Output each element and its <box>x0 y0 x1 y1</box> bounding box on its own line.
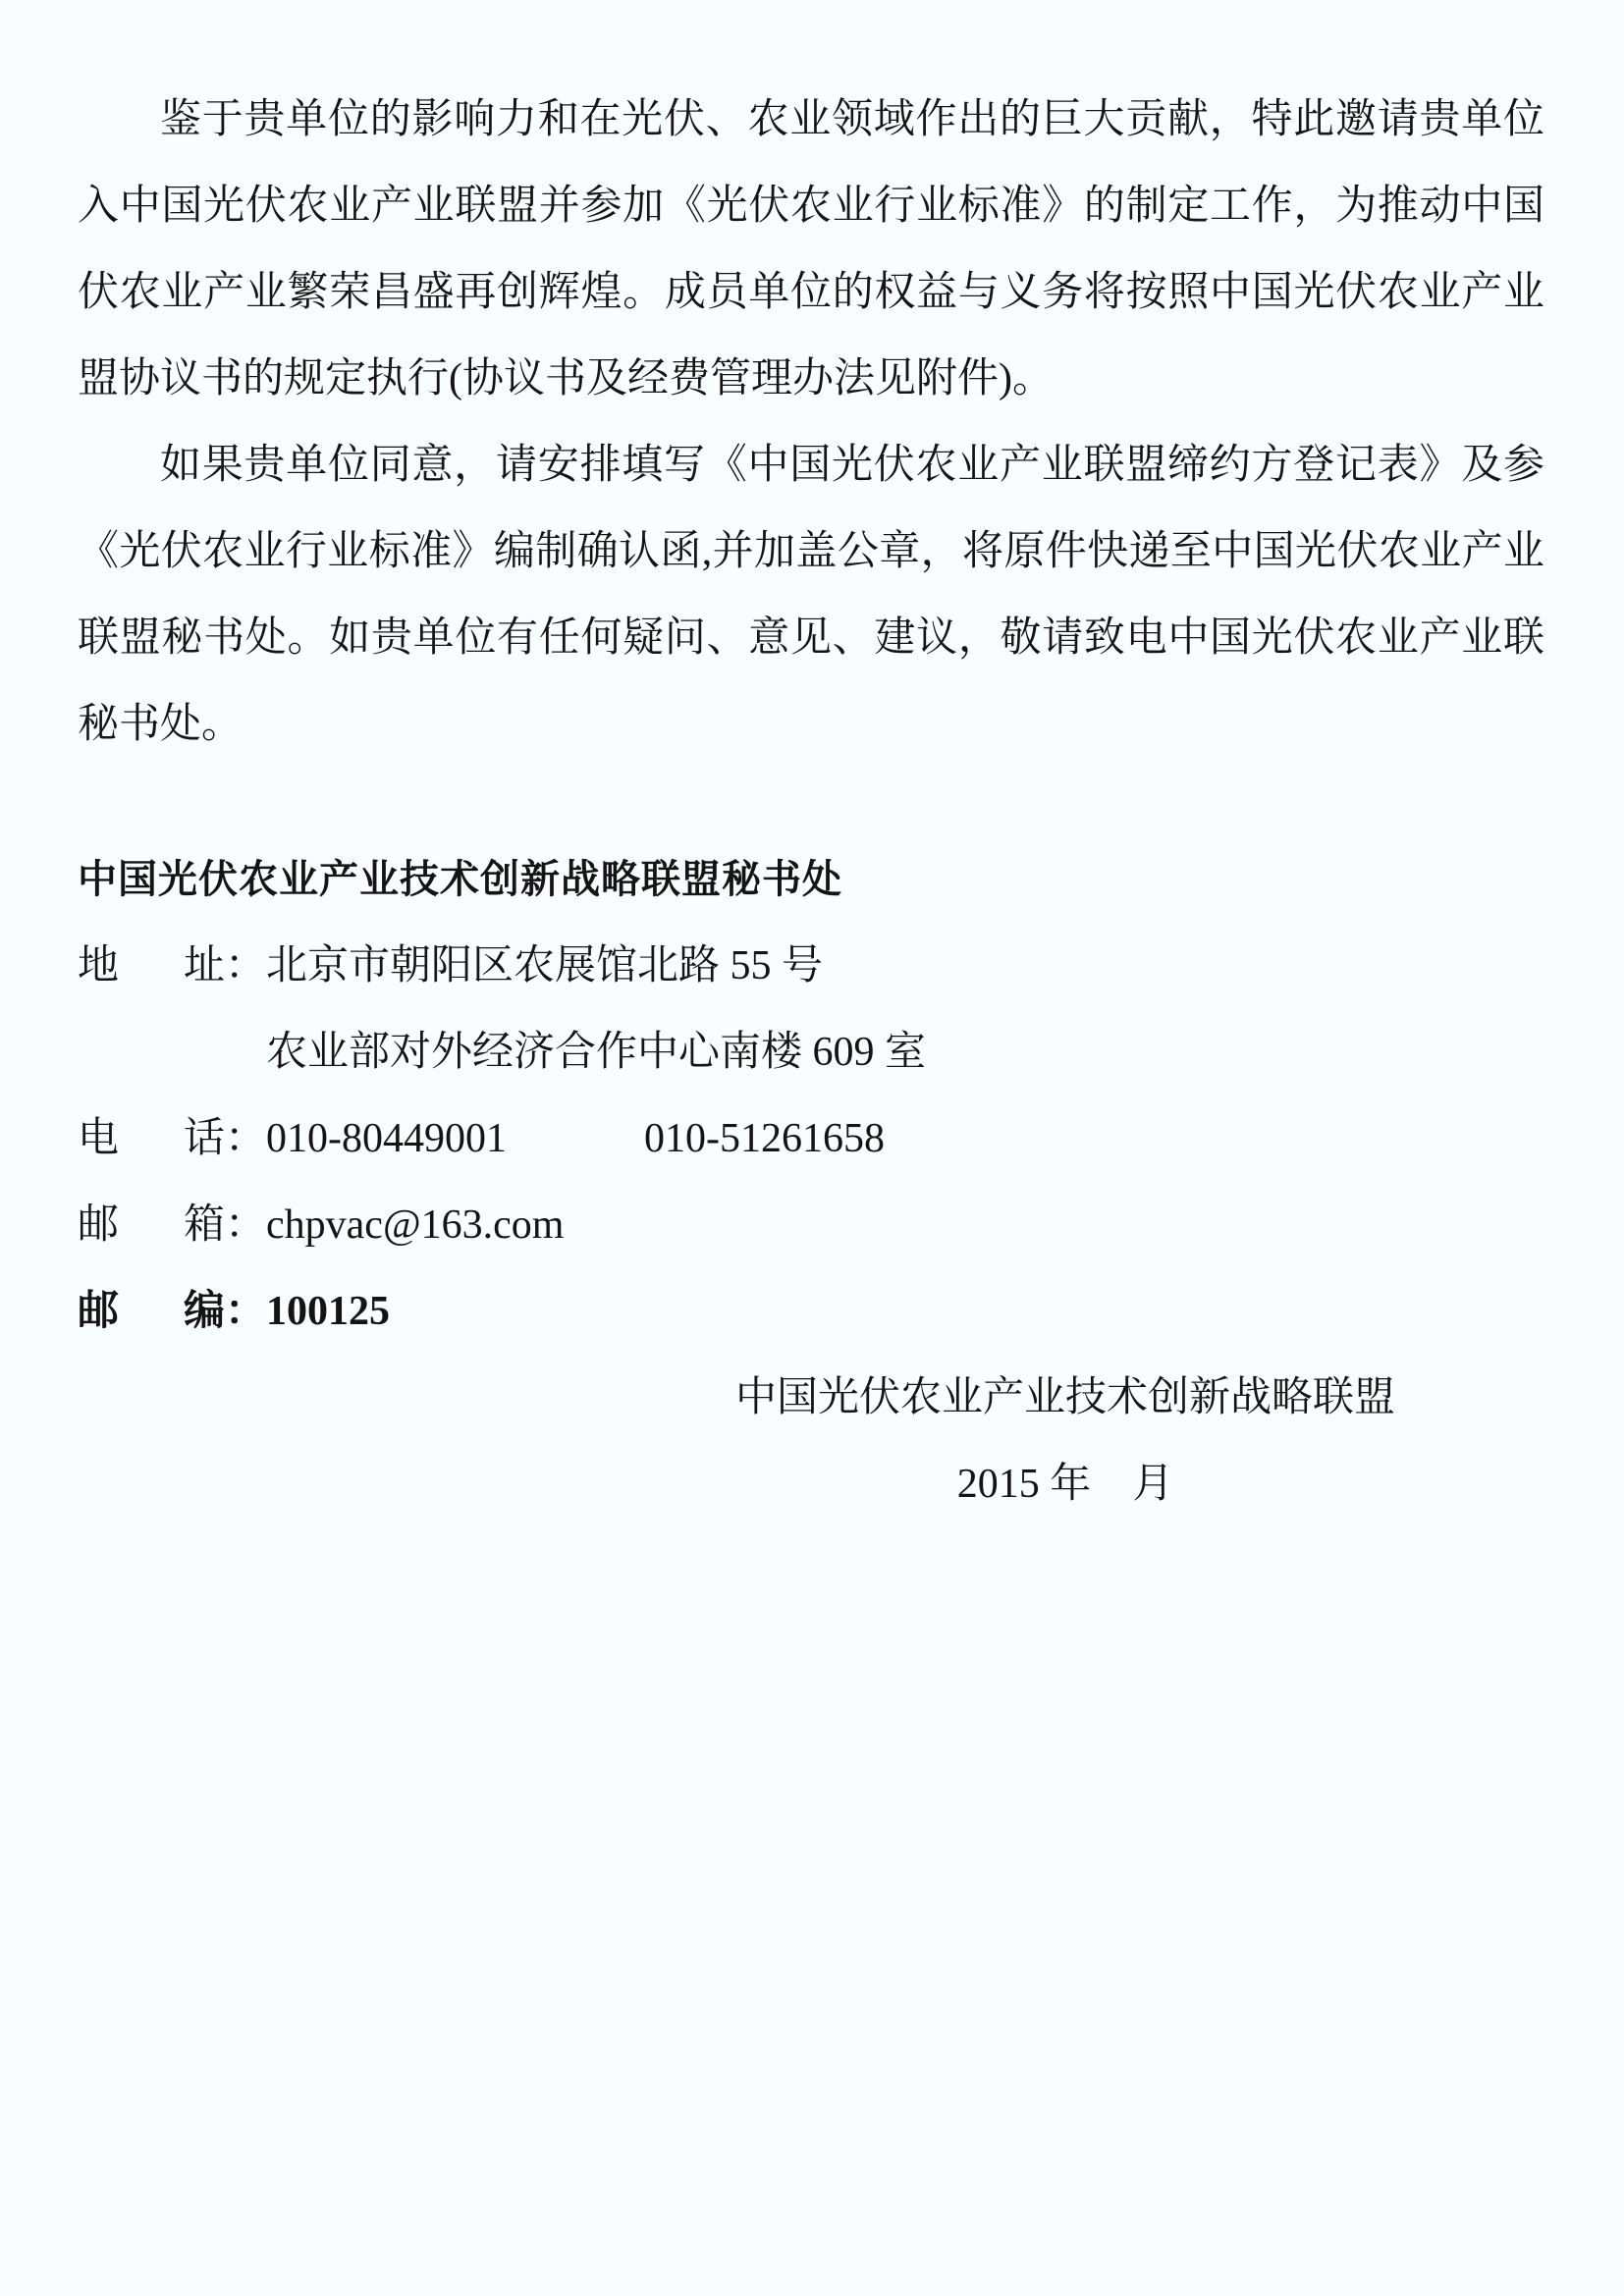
email-label: 邮箱 <box>78 1182 225 1268</box>
signature-org: 中国光伏农业产业技术创新战略联盟 <box>586 1355 1544 1441</box>
signature-block: 中国光伏农业产业技术创新战略联盟 2015 年 月 <box>586 1355 1544 1527</box>
paragraph-2: 如果贵单位同意，请安排填写《中国光伏农业产业联盟缔约方登记表》及参加 《光伏农业… <box>78 422 1544 768</box>
paragraph-2-line-4: 秘书处。 <box>78 681 1544 768</box>
paragraph-2-line-1: 如果贵单位同意，请安排填写《中国光伏农业产业联盟缔约方登记表》及参加 <box>78 422 1544 508</box>
address-label: 地址 <box>78 923 225 1009</box>
phone-number-2: 010-51261658 <box>644 1116 885 1161</box>
paragraph-2-line-2: 《光伏农业行业标准》编制确认函,并加盖公章，将原件快递至中国光伏农业产业 <box>78 508 1544 595</box>
paragraph-1-line-1: 鉴于贵单位的影响力和在光伏、农业领域作出的巨大贡献，特此邀请贵单位加 <box>78 77 1544 163</box>
secretariat-heading: 中国光伏农业产业技术创新战略联盟秘书处 <box>78 836 1544 923</box>
letter-body: 鉴于贵单位的影响力和在光伏、农业领域作出的巨大贡献，特此邀请贵单位加 入中国光伏… <box>78 77 1544 1527</box>
zip-value: 100125 <box>266 1289 390 1334</box>
phone-label: 电话 <box>78 1095 225 1182</box>
email-line: 邮箱：chpvac@163.com <box>78 1182 1544 1268</box>
address-value-2: 农业部对外经济合作中心南楼 609 室 <box>266 1030 926 1075</box>
email-colon: ： <box>225 1202 266 1248</box>
paragraph-2-line-3: 联盟秘书处。如贵单位有任何疑问、意见、建议，敬请致电中国光伏农业产业联盟 <box>78 595 1544 681</box>
zip-colon: ： <box>225 1289 266 1334</box>
phone-number-1: 010-80449001 <box>266 1116 507 1161</box>
blank-line <box>78 768 1544 836</box>
address-line-2: 农业部对外经济合作中心南楼 609 室 <box>78 1009 1544 1095</box>
zip-line: 邮编：100125 <box>78 1268 1544 1355</box>
paragraph-1: 鉴于贵单位的影响力和在光伏、农业领域作出的巨大贡献，特此邀请贵单位加 入中国光伏… <box>78 77 1544 422</box>
phone-line: 电话：010-80449001010-51261658 <box>78 1095 1544 1182</box>
zip-label: 邮编 <box>78 1268 225 1355</box>
paragraph-1-line-2: 入中国光伏农业产业联盟并参加《光伏农业行业标准》的制定工作，为推动中国光 <box>78 163 1544 249</box>
email-value: chpvac@163.com <box>266 1202 564 1248</box>
document-page: 鉴于贵单位的影响力和在光伏、农业领域作出的巨大贡献，特此邀请贵单位加 入中国光伏… <box>0 0 1624 2296</box>
address-line: 地址：北京市朝阳区农展馆北路 55 号 <box>78 923 1544 1009</box>
signature-date: 2015 年 月 <box>586 1441 1544 1527</box>
paragraph-1-line-3: 伏农业产业繁荣昌盛再创辉煌。成员单位的权益与义务将按照中国光伏农业产业联 <box>78 249 1544 336</box>
paragraph-1-line-4: 盟协议书的规定执行(协议书及经费管理办法见附件)。 <box>78 336 1544 422</box>
phone-colon: ： <box>225 1116 266 1161</box>
address-value: 北京市朝阳区农展馆北路 55 号 <box>266 943 823 988</box>
address-colon: ： <box>225 943 266 988</box>
